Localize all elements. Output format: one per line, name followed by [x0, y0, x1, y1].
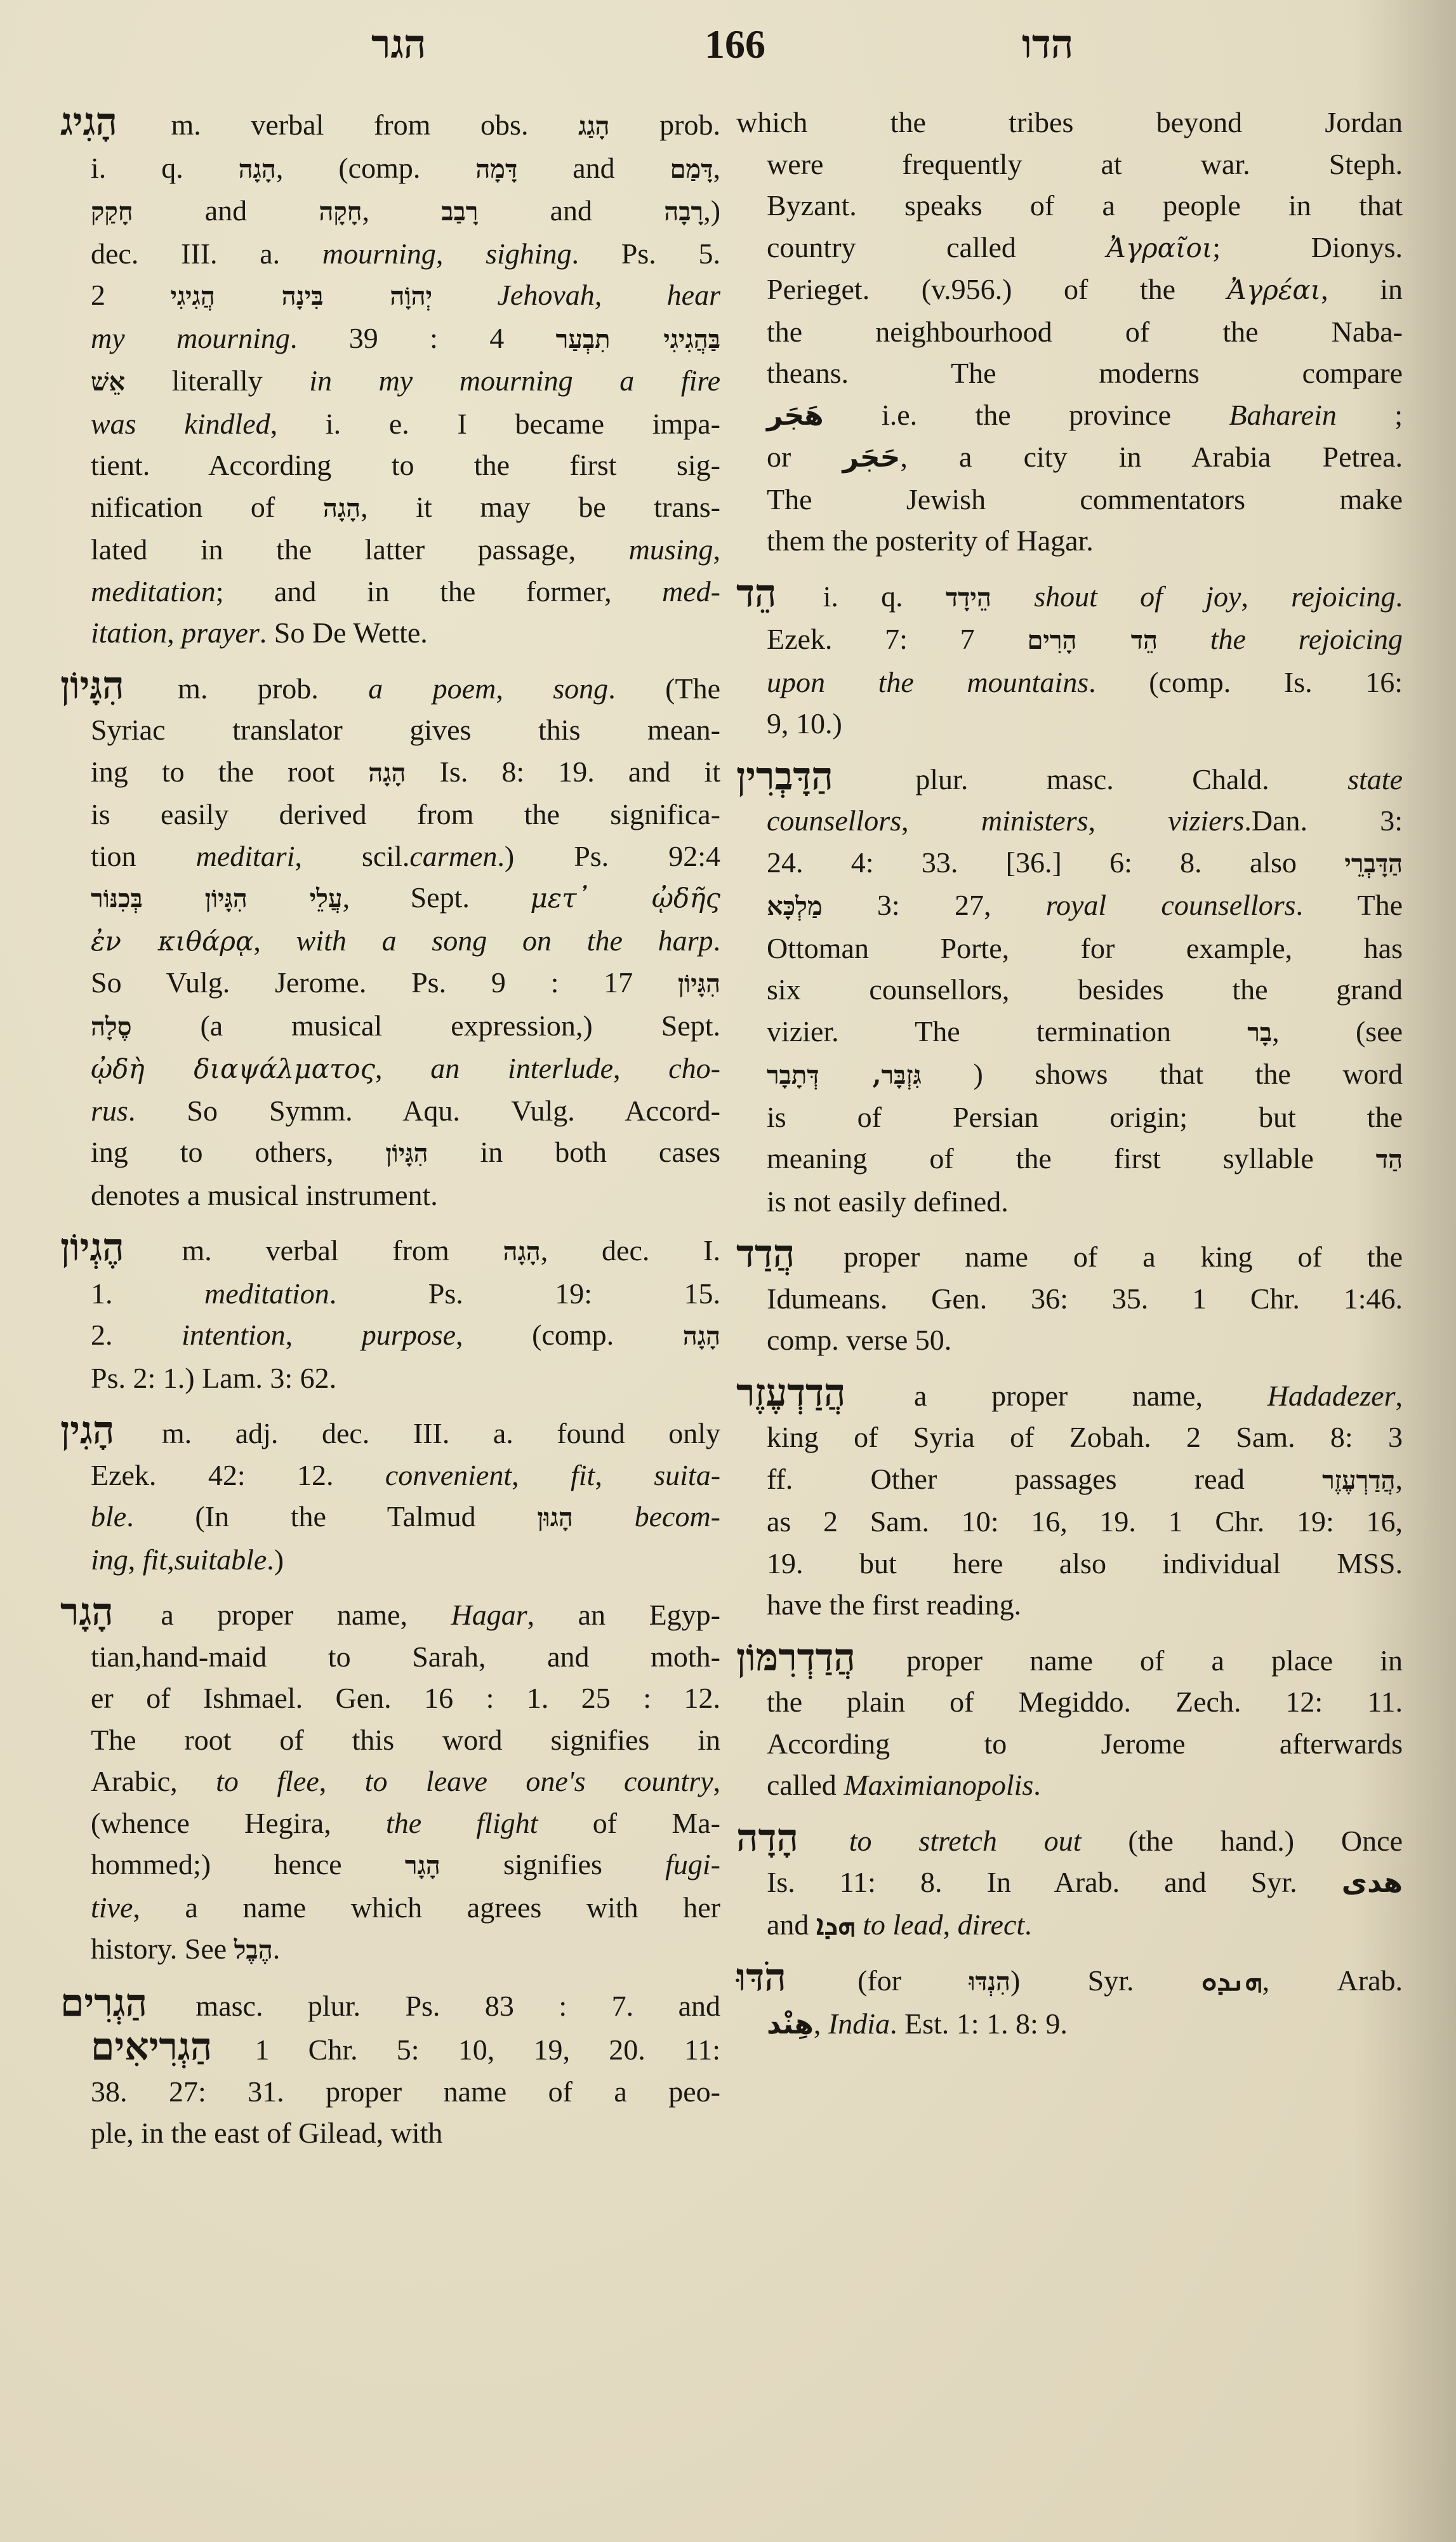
entry-line: ing, fit,suitable.) — [60, 1539, 720, 1581]
text-run: , — [1089, 804, 1168, 837]
entry-line: i. q. הָגָה, (comp. דָּמָה and דָּמַם, — [60, 147, 720, 190]
italic-gloss: was kindled — [91, 408, 270, 440]
entry-line: הַגְרִיאִים 1 Chr. 5: 10, 19, 20. 11: — [60, 2026, 720, 2071]
text-run: 9, 10.) — [767, 707, 842, 740]
arabic-syriac-word: ܗܢܕܘ — [1201, 1965, 1262, 1997]
entry-line: country called Ἀγραῖοι; Dionys. — [736, 227, 1403, 269]
entry-line: lated in the latter passage, musing, — [60, 529, 720, 571]
italic-gloss: meditation — [91, 575, 216, 608]
text-run — [1158, 623, 1210, 655]
entry-line: history. See הֶבֶל. — [60, 1928, 720, 1971]
text-run: According to Jerome afterwards — [767, 1727, 1403, 1760]
text-run: history. See — [91, 1933, 234, 1965]
entry-line: Byzant. speaks of a people in that — [736, 185, 1403, 227]
dictionary-entry: הַגְרִים masc. plur. Ps. 83 : 7. andהַגְ… — [60, 1983, 720, 2154]
text-run: , — [362, 194, 441, 227]
text-run: . So De Wette. — [260, 616, 428, 649]
headword: הֶגְיוֹן — [60, 1225, 124, 1270]
arabic-syriac-word: ܗܕܐ — [816, 1909, 856, 1941]
italic-gloss: the rejoicing — [1210, 623, 1403, 655]
hebrew-word: מַלְכָּא — [767, 891, 823, 921]
text-run: ff. Other passages read — [767, 1463, 1322, 1495]
dictionary-entry: הֶגְיוֹן m. verbal from הָגָה, dec. I.1.… — [60, 1227, 720, 1399]
text-run: Idumeans. Gen. 36: 35. 1 Chr. 1:46. — [767, 1282, 1403, 1315]
text-run: 2 — [91, 279, 170, 311]
text-run — [991, 580, 1034, 613]
text-run: 24. 4: 33. [36.] 6: 8. also — [767, 846, 1344, 879]
hebrew-word: הָגָר — [405, 1851, 440, 1880]
italic-gloss: Jehovah, hear — [498, 279, 721, 311]
text-run: Perieget. (v.956.) of the — [767, 273, 1228, 305]
italic-gloss: Maximianopolis — [844, 1769, 1033, 1801]
hebrew-word: הַד — [1376, 1145, 1403, 1175]
text-run: , — [1241, 580, 1291, 613]
italic-gloss: ble — [91, 1500, 126, 1533]
italic-gloss: sighing — [486, 237, 571, 270]
text-run: The Jewish commentators make — [767, 483, 1403, 516]
italic-gloss: royal counsellors — [1046, 889, 1296, 921]
greek-text: μετ᾽ ᾠδῆς — [530, 882, 720, 914]
entry-line: er of Ishmael. Gen. 16 : 1. 25 : 12. — [60, 1677, 720, 1719]
dictionary-entry: הָגִיג m. verbal from obs. הָגַג prob.i.… — [60, 102, 720, 654]
hebrew-word: רָבַב — [441, 197, 478, 227]
entry-line: king of Syria of Zobah. 2 Sam. 8: 3 — [736, 1416, 1403, 1458]
entry-line: is not easily defined. — [736, 1181, 1403, 1223]
dictionary-entry: הֹדּוּ (for הִנְדּוּ) Syr. ܗܢܕܘ, Arab.هِ… — [736, 1957, 1403, 2045]
text-run: (the hand.) Once — [1082, 1825, 1403, 1857]
text-run: , — [613, 1052, 668, 1084]
text-run: , Sept. — [343, 881, 531, 914]
text-run: , Arab. — [1262, 1964, 1403, 1997]
hebrew-word: חָקַק — [91, 197, 133, 227]
entry-line: ing to the root הָגָה Is. 8: 19. and it — [60, 751, 720, 794]
entry-line: According to Jerome afterwards — [736, 1723, 1403, 1765]
entry-line: and ܗܕܐ to lead, direct. — [736, 1904, 1403, 1946]
text-run: , — [167, 616, 182, 649]
hebrew-word: הֶבֶל — [234, 1935, 273, 1965]
entry-line: 19. but here also individual MSS. — [736, 1543, 1403, 1585]
hebrew-word: רָבָה — [664, 197, 703, 227]
text-run: a proper name, — [849, 1380, 1267, 1412]
text-run: . (comp. Is. 16: — [1089, 666, 1403, 698]
text-run: of Ma- — [538, 1807, 720, 1839]
entry-line: Ps. 2: 1.) Lam. 3: 62. — [60, 1357, 720, 1399]
text-run: Ezek. 42: 12. — [91, 1459, 385, 1491]
text-run: .) Ps. 92:4 — [497, 840, 720, 872]
text-run: (for — [790, 1964, 969, 1997]
entry-line: הֲדַד proper name of a king of the — [736, 1234, 1403, 1278]
italic-gloss: Hadadezer — [1267, 1380, 1396, 1412]
italic-gloss: viziers — [1168, 804, 1244, 837]
text-run: 1 Chr. 5: 10, 19, 20. 11: — [216, 2033, 720, 2066]
entry-line: ff. Other passages read הֲדַרְעֶזֶר, — [736, 1458, 1403, 1501]
text-run: the plain of Megiddo. Zech. 12: 11. — [767, 1686, 1403, 1718]
text-run: er of Ishmael. Gen. 16 : 1. 25 : 12. — [91, 1682, 720, 1714]
text-run: . — [1033, 1769, 1041, 1801]
italic-gloss: prayer — [182, 616, 260, 649]
text-run: proper name of a place in — [859, 1644, 1403, 1677]
text-run: Is. 11: 8. In Arab. and Syr. — [767, 1866, 1342, 1898]
text-run: , — [319, 1765, 365, 1797]
text-run: The root of this word signifies in — [91, 1724, 720, 1756]
italic-gloss: suitable — [175, 1543, 267, 1576]
text-run: . Ps. 19: 15. — [329, 1277, 720, 1310]
text-run: , — [128, 1543, 143, 1576]
text-run: tion — [91, 840, 196, 872]
entry-line: הִגָּיוֹן m. prob. a poem, song. (The — [60, 665, 720, 710]
headword: הַגְרִיאִים — [91, 2025, 212, 2069]
italic-gloss: in my mourning a fire — [309, 364, 720, 397]
text-run: ple, in the east of Gilead, with — [91, 2117, 442, 2149]
running-head-left-word: הגר — [371, 19, 427, 70]
entry-line: Perieget. (v.956.) of the Ἀγρέαι, in — [736, 269, 1403, 311]
entry-line: הָגִין m. adj. dec. III. a. found only — [60, 1410, 720, 1454]
italic-gloss: carmen — [409, 840, 497, 872]
italic-gloss: Baharein — [1229, 399, 1337, 431]
text-run: . — [713, 924, 721, 957]
hebrew-word: הִגָּיוֹן — [385, 1138, 428, 1168]
entry-line: is of Persian origin; but the — [736, 1096, 1403, 1138]
entry-line: Arabic, to flee, to leave one's country, — [60, 1760, 720, 1802]
text-run: i.e. the province — [824, 399, 1229, 431]
text-run: which the tribes beyond Jordan — [736, 106, 1403, 138]
text-run: comp. verse 50. — [767, 1324, 951, 1356]
hebrew-word: הִנְדּוּ — [969, 1967, 1010, 1997]
text-run: theans. The moderns compare — [767, 357, 1403, 389]
italic-gloss: ing — [91, 1543, 128, 1576]
headword: הַגְרִים — [60, 1981, 147, 2025]
text-run — [432, 279, 497, 311]
entry-line: הֹדּוּ (for הִנְדּוּ) Syr. ܗܢܕܘ, Arab. — [736, 1957, 1403, 2003]
text-run: Syriac translator gives this mean- — [91, 714, 720, 746]
text-run: , — [713, 533, 721, 566]
entry-line: מַלְכָּא 3: 27, royal counsellors. The — [736, 884, 1403, 928]
dictionary-entry: הֲדַדְרִמּוֹן proper name of a place int… — [736, 1637, 1403, 1806]
lexicon-page: הגר 166 הדו הָגִיג m. verbal from obs. ה… — [0, 0, 1456, 2542]
arabic-syriac-word: هَجَر — [767, 399, 824, 432]
text-run: m. verbal from — [128, 1234, 503, 1267]
arabic-syriac-word: هدى — [1342, 1867, 1403, 1899]
greek-text: ᾠδὴ διαψάλματος — [91, 1053, 375, 1084]
italic-gloss: meditation — [204, 1277, 329, 1310]
text-run: and — [517, 152, 670, 184]
dictionary-entry: הָגָר a proper name, Hagar, an Egyp-tian… — [60, 1592, 720, 1971]
entry-line: vizier. The termination בָר, (see — [736, 1011, 1403, 1054]
entry-line: ing to others, הִגָּיוֹן in both cases — [60, 1131, 720, 1175]
entry-line: הַדָּבְרִין plur. masc. Chald. state — [736, 756, 1403, 801]
hebrew-word: הָגָה — [368, 758, 406, 788]
text-run: , — [595, 1459, 654, 1491]
text-run: plur. masc. Chald. — [837, 763, 1347, 795]
text-run: Arabic, — [91, 1765, 216, 1797]
text-run: . — [1396, 580, 1403, 613]
text-run: , — [814, 2007, 828, 2040]
text-run: tian,hand-maid to Sarah, and moth- — [91, 1640, 720, 1673]
italic-gloss: rejoicing — [1291, 580, 1395, 613]
hebrew-word: גִּזְבָּר, דְּתָבָר — [767, 1060, 922, 1090]
text-run: .) — [267, 1543, 284, 1576]
text-run: , — [713, 152, 721, 184]
italic-gloss: counsellors — [767, 804, 901, 837]
entry-line: were frequently at war. Steph. — [736, 143, 1403, 185]
greek-text: ἐν κιθάρᾳ — [91, 926, 253, 957]
text-run: , — [1396, 1463, 1403, 1495]
entry-line: Ezek. 7: 7 הֵד הָרִים the rejoicing — [736, 618, 1403, 662]
entry-line: ble. (In the Talmud הָגוּן becom- — [60, 1496, 720, 1539]
text-run: , (see — [1272, 1015, 1403, 1048]
entry-line: עֲלֵי הִגָּיוֹן בְּכִנּוֹר, Sept. μετ᾽ ᾠ… — [60, 877, 720, 920]
dictionary-entry: הִגָּיוֹן m. prob. a poem, song. (TheSyr… — [60, 665, 720, 1216]
italic-gloss: rus — [91, 1095, 128, 1127]
text-run: i. q. — [91, 152, 239, 184]
italic-gloss: a poem — [368, 672, 496, 705]
text-run: 1. — [91, 1277, 204, 1310]
entry-line: rus. So Symm. Aqu. Vulg. Accord- — [60, 1090, 720, 1132]
entry-line: theans. The moderns compare — [736, 352, 1403, 394]
text-run: denotes a musical instrument. — [91, 1179, 438, 1211]
running-head: הגר 166 הדו — [0, 13, 1456, 70]
entry-line: the neighbourhood of the Naba- — [736, 311, 1403, 353]
italic-gloss: fugi- — [665, 1848, 720, 1880]
text-run: the neighbourhood of the Naba- — [767, 316, 1403, 348]
text-run: , — [375, 1052, 430, 1084]
entry-line: as 2 Sam. 10: 16, 19. 1 Chr. 19: 16, — [736, 1501, 1403, 1543]
text-run: Ezek. 7: 7 — [767, 623, 1027, 655]
entry-line: Idumeans. Gen. 36: 35. 1 Chr. 1:46. — [736, 1278, 1403, 1320]
hebrew-word: הֵידָד — [946, 583, 991, 613]
entry-line: Ottoman Porte, for example, has — [736, 928, 1403, 969]
text-run: . Ps. 5. — [572, 237, 720, 270]
entry-line: 9, 10.) — [736, 703, 1403, 745]
entry-line: my mourning. 39 : 4 בַּהֲגִיגִי תִבְעַר — [60, 317, 720, 361]
text-run: hommed;) hence — [91, 1848, 405, 1880]
text-run: (a musical expression,) Sept. — [131, 1009, 720, 1042]
text-run: . So Symm. Aqu. Vulg. Accord- — [128, 1095, 720, 1127]
italic-gloss: my mourning — [91, 322, 290, 354]
text-run: country called — [767, 231, 1107, 263]
italic-gloss: fit — [143, 1543, 167, 1576]
entry-line: הַגְרִים masc. plur. Ps. 83 : 7. and — [60, 1983, 720, 2027]
text-run — [573, 1500, 635, 1533]
headword: הִגָּיוֹן — [60, 663, 124, 708]
entry-line: six counsellors, besides the grand — [736, 969, 1403, 1011]
hebrew-word: אֵשׁ — [91, 367, 125, 397]
text-run: 19. but here also individual MSS. — [767, 1547, 1403, 1580]
headword: הָגִיג — [60, 100, 117, 144]
text-run: .Dan. 3: — [1244, 804, 1403, 837]
text-run: , it may be trans- — [361, 491, 720, 523]
entry-line: them the posterity of Hagar. — [736, 520, 1403, 562]
text-run: . The — [1296, 889, 1403, 921]
entry-line: هِنْد, India. Est. 1: 1. 8: 9. — [736, 2003, 1403, 2046]
text-run: , — [512, 1459, 571, 1491]
hebrew-word: הָגָה — [503, 1237, 541, 1267]
headword: הַדָּבְרִין — [736, 754, 833, 799]
text-run: vizier. The termination — [767, 1015, 1247, 1048]
text-run: and — [478, 194, 664, 227]
text-run: is not easily defined. — [767, 1185, 1009, 1218]
entry-line: Syriac translator gives this mean- — [60, 709, 720, 751]
text-run: ,) — [703, 194, 720, 227]
entry-line: הָגִיג m. verbal from obs. הָגַג prob. — [60, 102, 720, 147]
italic-gloss: shout of joy — [1034, 580, 1241, 613]
entry-line: upon the mountains. (comp. Is. 16: — [736, 662, 1403, 703]
text-run: , — [167, 1543, 175, 1576]
italic-gloss: India — [828, 2007, 890, 2040]
dictionary-entry: הָגִין m. adj. dec. III. a. found onlyEz… — [60, 1410, 720, 1580]
headword: הֹדּוּ — [736, 1955, 786, 2000]
italic-gloss: to leave one's country — [365, 1765, 713, 1797]
entry-line: tive, a name which agrees with her — [60, 1887, 720, 1929]
hebrew-word: הָגָה — [323, 493, 361, 523]
text-run: Byzant. speaks of a people in that — [767, 189, 1403, 222]
text-run: were frequently at war. Steph. — [767, 148, 1403, 180]
text-run: ) shows that the word — [922, 1058, 1403, 1090]
entry-line: 24. 4: 33. [36.] 6: 8. also הַדָּבְרֵי — [736, 842, 1403, 885]
text-run: king of Syria of Zobah. 2 Sam. 8: 3 — [767, 1421, 1403, 1453]
text-run: lated in the latter passage, — [91, 533, 629, 566]
italic-gloss: Hagar — [451, 1599, 527, 1631]
entry-line: meditation; and in the former, med- — [60, 571, 720, 613]
entry-line: or حَجَر, a city in Arabia Petrea. — [736, 436, 1403, 479]
entry-line: The Jewish commentators make — [736, 479, 1403, 521]
text-run: , — [496, 672, 553, 705]
entry-line: hommed;) hence הָגָר signifies fugi- — [60, 1844, 720, 1887]
italic-gloss: song — [553, 672, 608, 705]
entry-line: tian,hand-maid to Sarah, and moth- — [60, 1636, 720, 1678]
text-run: , a name which agrees with her — [133, 1891, 720, 1924]
entry-line: 38. 27: 31. proper name of a peo- — [60, 2071, 720, 2113]
text-run — [856, 1908, 863, 1941]
text-run: dec. III. a. — [91, 237, 322, 270]
entry-line: הֶגְיוֹן m. verbal from הָגָה, dec. I. — [60, 1227, 720, 1273]
text-run: ing to others, — [91, 1136, 385, 1168]
text-run — [802, 1825, 849, 1857]
hebrew-word: הָגָה — [683, 1321, 720, 1351]
entry-line: So Vulg. Jerome. Ps. 9 : 17 הִגָּיוֹן — [60, 962, 720, 1005]
entry-line: אֵשׁ literally in my mourning a fire — [60, 360, 720, 403]
entry-line: the plain of Megiddo. Zech. 12: 11. — [736, 1681, 1403, 1723]
text-run: m. verbal from obs. — [121, 109, 578, 141]
text-run: , — [943, 1908, 958, 1941]
text-run: in both cases — [428, 1136, 721, 1168]
entry-line: counsellors, ministers, viziers.Dan. 3: — [736, 800, 1403, 842]
entry-line: הֵד i. q. הֵידָד shout of joy, rejoicing… — [736, 573, 1403, 619]
text-run: ; and in the former, — [216, 575, 662, 608]
text-run: 38. 27: 31. proper name of a peo- — [91, 2075, 720, 2108]
entry-line: 2 יְהוָֹה בִּינָה הֲגִיגִי Jehovah, hear — [60, 274, 720, 317]
entry-line: הָדָה to stretch out (the hand.) Once — [736, 1818, 1403, 1862]
text-run: , — [1396, 1380, 1403, 1412]
hebrew-word: הֲדַרְעֶזֶר — [1322, 1465, 1395, 1495]
entry-line: ᾠδὴ διαψάλματος, an interlude, cho- — [60, 1048, 720, 1090]
entry-line: comp. verse 50. — [736, 1319, 1403, 1361]
text-run: ; Dionys. — [1212, 231, 1403, 263]
text-run: and — [767, 1908, 816, 1941]
entry-line: ἐν κιθάρᾳ, with a song on the harp. — [60, 920, 720, 962]
entry-line: גִּזְבָּר, דְּתָבָר ) shows that the wor… — [736, 1053, 1403, 1096]
italic-gloss: becom- — [635, 1500, 720, 1533]
italic-gloss: with a song on the harp — [296, 924, 713, 957]
italic-gloss: mourning — [322, 237, 436, 270]
arabic-syriac-word: هِنْد — [767, 2008, 814, 2040]
entry-line: 2. intention, purpose, (comp. הָגָה — [60, 1314, 720, 1357]
dictionary-entry: הָדָה to stretch out (the hand.) OnceIs.… — [736, 1818, 1403, 1946]
italic-gloss: tive — [91, 1891, 133, 1924]
headword: הָגִין — [60, 1408, 114, 1453]
greek-text: Ἀγραῖοι — [1107, 232, 1213, 263]
text-run: meaning of the first syllable — [767, 1142, 1376, 1175]
entry-line: The root of this word signifies in — [60, 1719, 720, 1761]
dictionary-entry: הֲדַד proper name of a king of theIdumea… — [736, 1234, 1403, 1361]
entry-line: called Maximianopolis. — [736, 1764, 1403, 1806]
dictionary-entry: which the tribes beyond Jordanwere frequ… — [736, 102, 1403, 562]
entry-line: tion meditari, scil.carmen.) Ps. 92:4 — [60, 835, 720, 877]
entry-line: הֲדַדְעֶזֶר a proper name, Hadadezer, — [736, 1373, 1403, 1417]
hebrew-word: הָגַג — [578, 111, 609, 141]
italic-gloss: to stretch out — [849, 1825, 1082, 1857]
italic-gloss: direct — [958, 1908, 1025, 1941]
text-run: tient. According to the first sig- — [91, 449, 720, 481]
text-run: . — [1024, 1908, 1032, 1941]
entry-line: חָקַק and חָקָה, רָבַב and רָבָה,) — [60, 190, 720, 233]
text-run: , — [901, 804, 981, 837]
headword: הֵד — [736, 571, 776, 616]
headword: הֲדַדְעֶזֶר — [736, 1371, 845, 1415]
italic-gloss: convenient — [385, 1459, 512, 1491]
italic-gloss: meditari — [196, 840, 295, 872]
italic-gloss: to lead — [863, 1908, 943, 1941]
text-run: prob. — [610, 109, 720, 141]
hebrew-word: בַּהֲגִיגִי תִבְעַר — [556, 324, 720, 354]
text-run: or — [767, 441, 843, 473]
text-run: six counsellors, besides the grand — [767, 973, 1403, 1006]
text-run: , i. e. I became impa- — [270, 408, 720, 440]
italic-gloss: med- — [662, 575, 720, 608]
headword: הֲדַדְרִמּוֹן — [736, 1635, 856, 1680]
running-head-right-word: הדו — [1022, 19, 1073, 70]
entry-line: which the tribes beyond Jordan — [736, 102, 1403, 143]
text-run: is of Persian origin; but the — [767, 1101, 1403, 1133]
entry-line: meaning of the first syllable הַד — [736, 1138, 1403, 1181]
entry-line: denotes a musical instrument. — [60, 1175, 720, 1216]
text-run: So Vulg. Jerome. Ps. 9 : 17 — [91, 966, 678, 999]
entry-line: is easily derived from the significa- — [60, 794, 720, 835]
text-run: , (comp. — [456, 1319, 683, 1351]
entry-line: was kindled, i. e. I became impa- — [60, 403, 720, 445]
text-run: , a city in Arabia Petrea. — [900, 441, 1403, 473]
text-run: 2. — [91, 1319, 182, 1351]
hebrew-word: הֵד הָרִים — [1027, 625, 1158, 655]
text-run: ing to the root — [91, 755, 368, 788]
entry-line: הָגָר a proper name, Hagar, an Egyp- — [60, 1592, 720, 1636]
italic-gloss: purpose — [362, 1319, 456, 1351]
text-run: ; — [1337, 399, 1403, 431]
right-column: which the tribes beyond Jordanwere frequ… — [736, 102, 1403, 2056]
italic-gloss: the flight — [386, 1807, 538, 1839]
left-column: הָגִיג m. verbal from obs. הָגַג prob.i.… — [60, 102, 720, 2166]
text-run: 3: 27, — [823, 889, 1046, 921]
dictionary-entry: הֵד i. q. הֵידָד shout of joy, rejoicing… — [736, 573, 1403, 745]
entry-line: סֶלָה (a musical expression,) Sept. — [60, 1005, 720, 1048]
headword: הָדָה — [736, 1816, 798, 1860]
entry-line: nification of הָגָה, it may be trans- — [60, 486, 720, 529]
text-run: called — [767, 1769, 844, 1801]
hebrew-word: חָקָה — [319, 197, 362, 227]
hebrew-word: הָגָה — [239, 154, 276, 184]
greek-text: Ἀγρέαι — [1228, 274, 1321, 305]
italic-gloss: an interlude — [430, 1052, 613, 1084]
